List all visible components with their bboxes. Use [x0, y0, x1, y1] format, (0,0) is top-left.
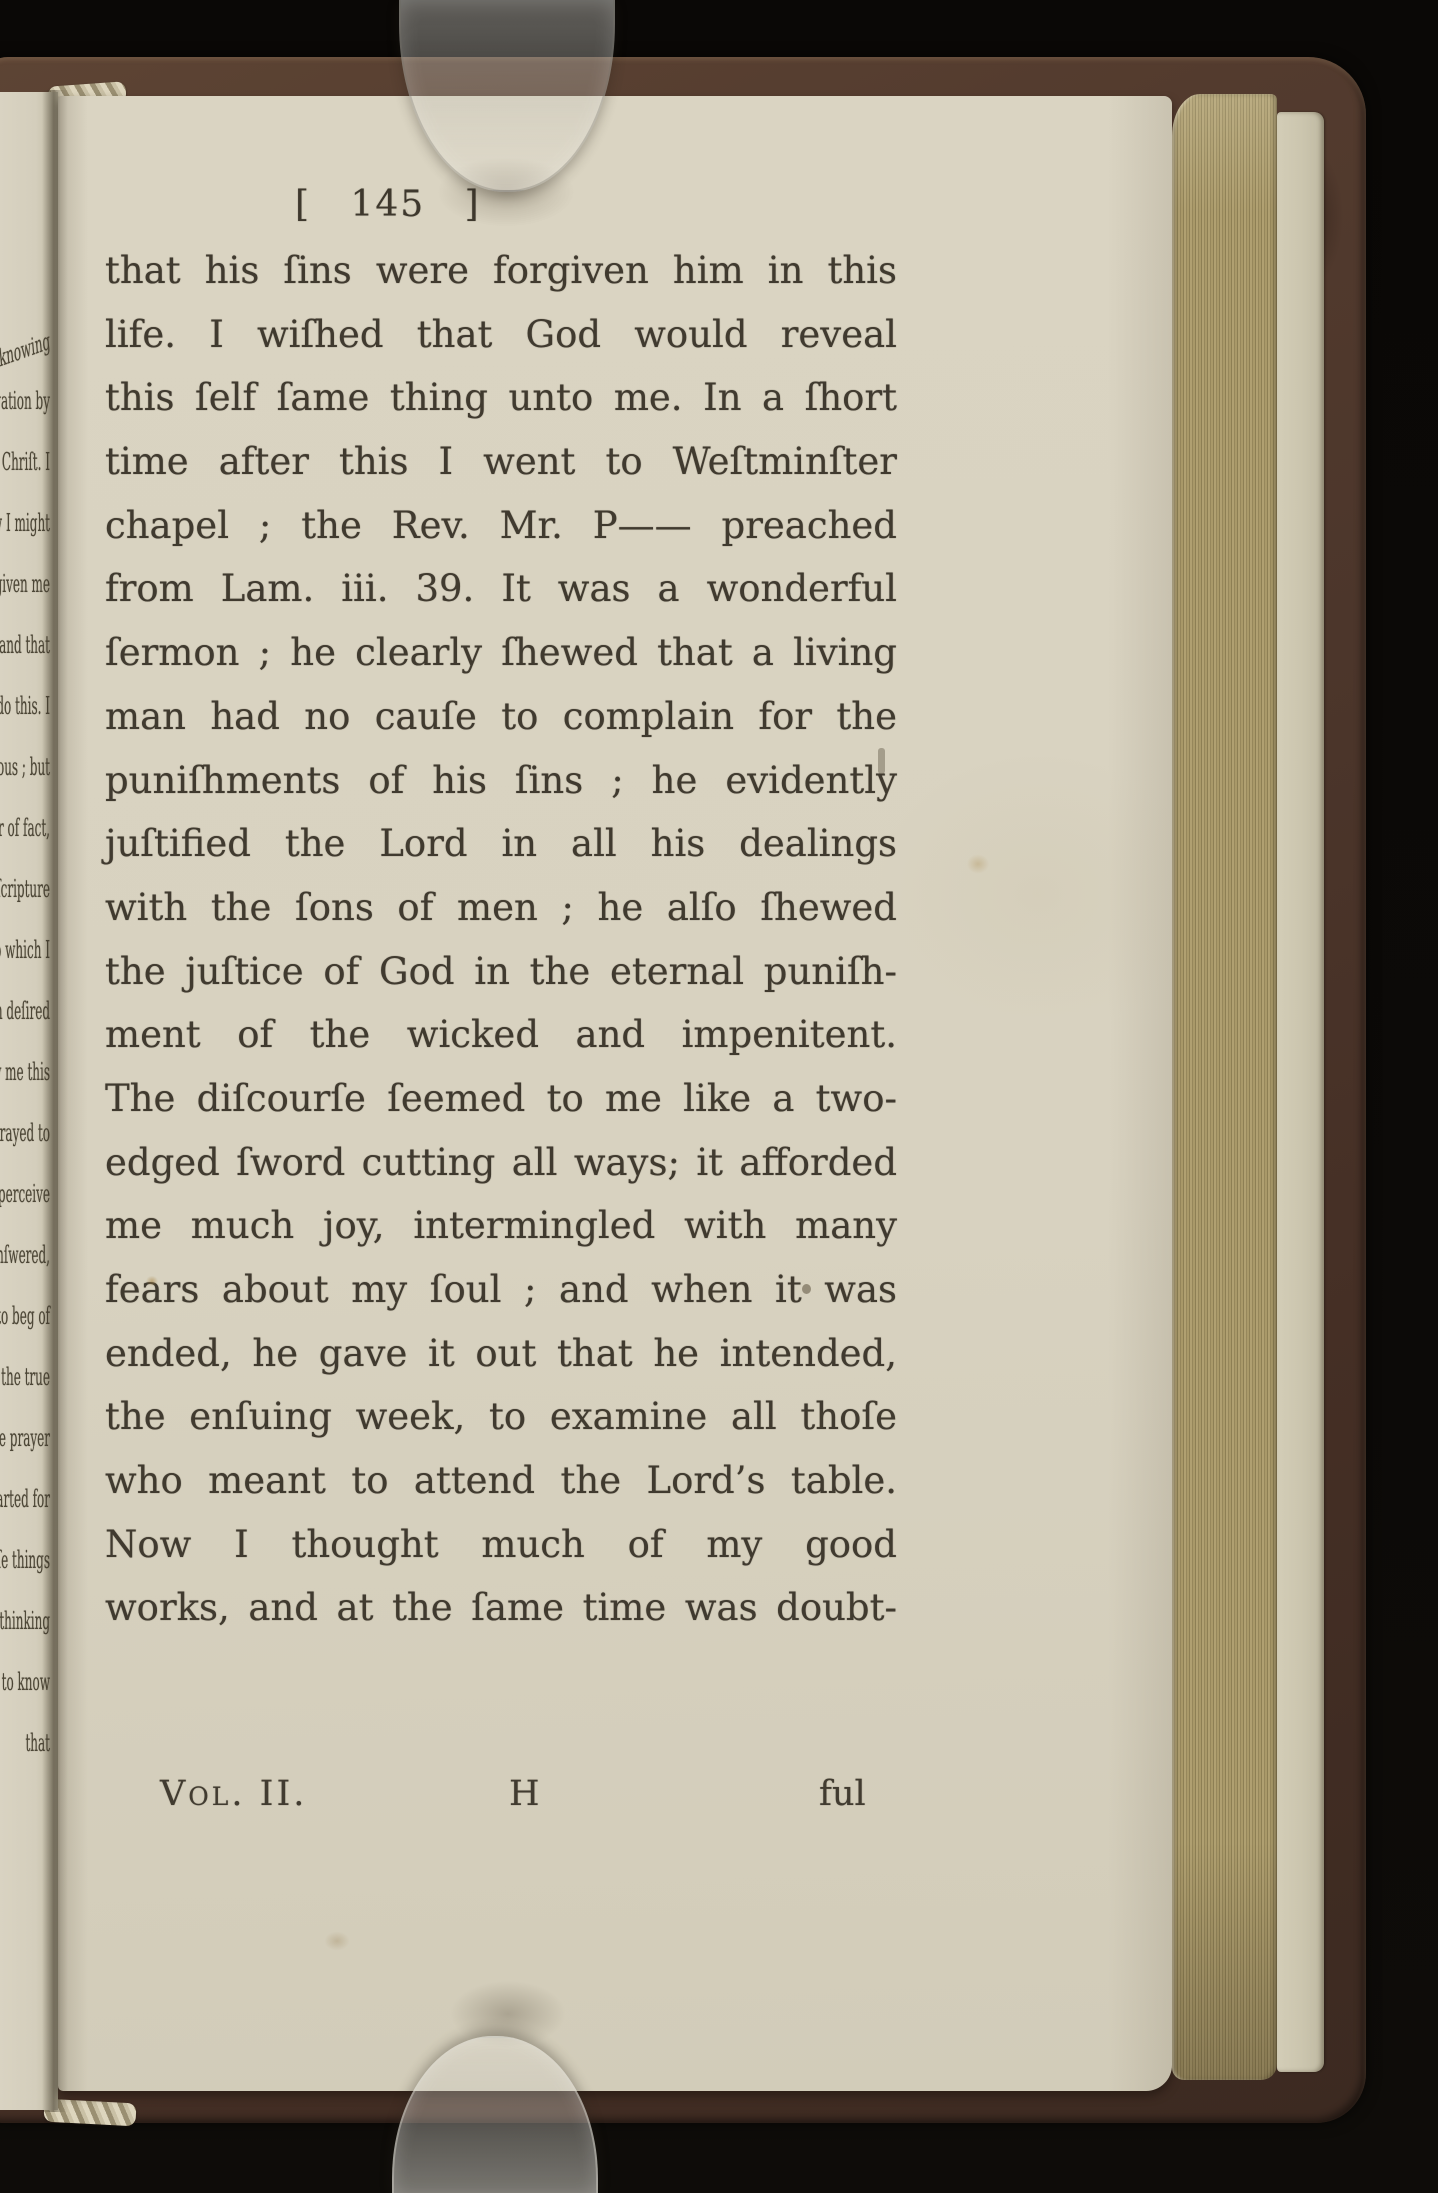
page-number: [ 145 ]	[295, 184, 481, 225]
catchword: ful	[819, 1774, 866, 1814]
text-line: with the ſons of men ; he alſo ſhewed	[105, 876, 897, 940]
text-line: works, and at the ſame time was doubt-	[105, 1576, 897, 1640]
text-line: the juſtice of God in the eternal puniſh…	[105, 940, 897, 1004]
text-line: man had no cauſe to complain for the	[105, 685, 897, 749]
text-line: ended, he gave it out that he intended,	[105, 1322, 897, 1386]
page-footer: Vol. II. H ful	[105, 1774, 897, 1844]
photo-background: knowingvation byChriſt. Iw I mightrgiven…	[0, 0, 1438, 2193]
text-line: life. I wiſhed that God would reveal	[105, 303, 897, 367]
text-line: edged ſword cutting all ways; it afforde…	[105, 1131, 897, 1195]
text-line: the enſuing week, to examine all thoſe	[105, 1385, 897, 1449]
text-line: time after this I went to Weſtminſter	[105, 430, 897, 494]
text-line: juſtified the Lord in all his dealings	[105, 812, 897, 876]
text-line: Now I thought much of my good	[105, 1513, 897, 1577]
page-text-block: that his ſins were forgiven him in thisl…	[105, 239, 897, 1640]
text-line: chapel ; the Rev. Mr. P—— preached	[105, 494, 897, 558]
text-line: from Lam. iii. 39. It was a wonderful	[105, 557, 897, 621]
stain-spot	[144, 1274, 160, 1288]
book-page: [ 145 ] that his ſins were forgiven him …	[58, 96, 1172, 2091]
text-line: The diſcourſe ſeemed to me like a two-	[105, 1067, 897, 1131]
text-line: ſermon ; he clearly ſhewed that a living	[105, 621, 897, 685]
flyleaf-edge	[1277, 112, 1324, 2072]
signature-mark: H	[509, 1774, 540, 1814]
text-line: ment of the wicked and impenitent.	[105, 1003, 897, 1067]
stain-spot	[963, 851, 993, 877]
gutter-shadow	[42, 90, 68, 2112]
text-line: fears about my ſoul ; and when it was	[105, 1258, 897, 1322]
ink-speck	[802, 1284, 811, 1294]
text-line: this ſelf ſame thing unto me. In a ſhort	[105, 366, 897, 430]
text-line: that his ſins were forgiven him in this	[105, 239, 897, 303]
ink-speck	[878, 748, 885, 774]
text-line: puniſhments of his ſins ; he evidently	[105, 749, 897, 813]
stain-spot	[320, 1928, 354, 1954]
fore-edge-pages	[1172, 94, 1277, 2080]
text-line: me much joy, intermingled with many	[105, 1194, 897, 1258]
volume-label: Vol. II.	[160, 1774, 307, 1814]
text-line: who meant to attend the Lord’s table.	[105, 1449, 897, 1513]
